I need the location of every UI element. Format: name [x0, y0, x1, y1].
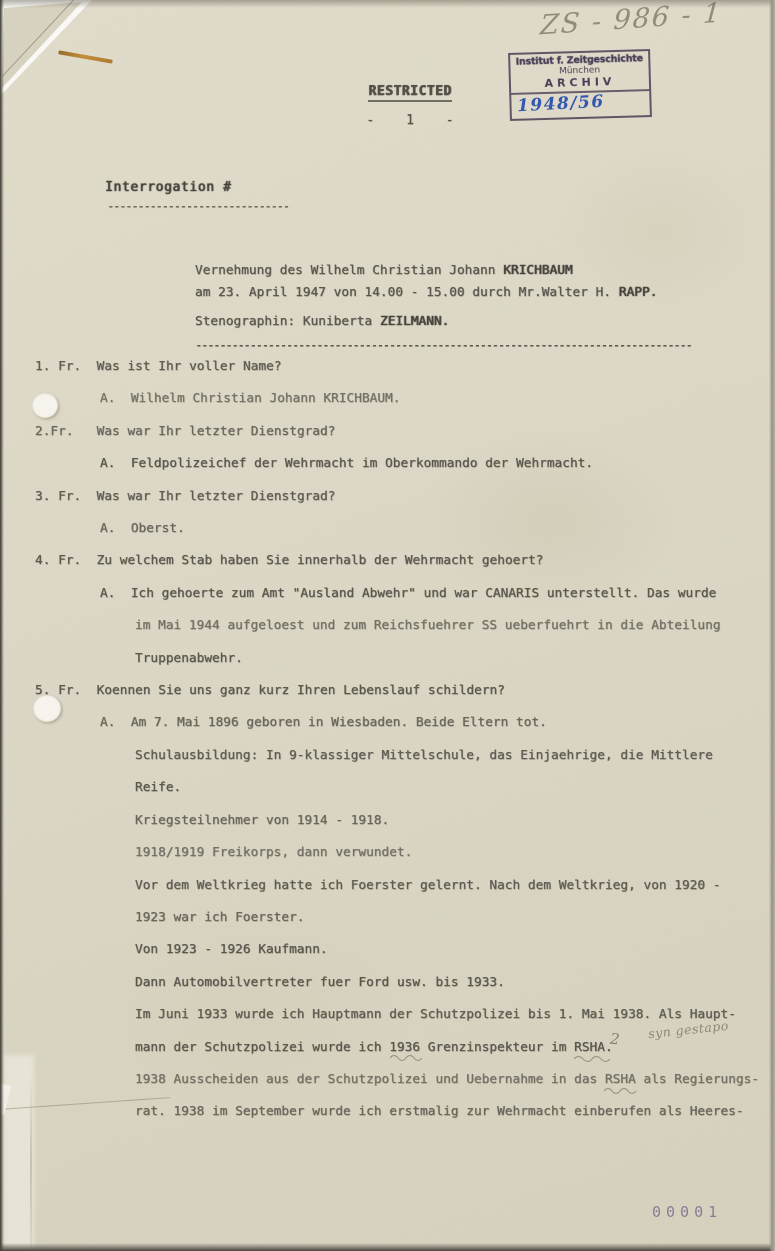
question-line: 3. Fr. Was war Ihr letzter Dienstgrad? [0, 481, 775, 513]
answer-continuation-line: Reife. [0, 772, 775, 804]
answer-continuation-line: Kriegsteilnehmer von 1914 - 1918. [0, 805, 775, 837]
question-line: 2.Fr. Was war Ihr letzter Dienstgrad? [0, 416, 775, 448]
answer-continuation-line: Vor dem Weltkrieg hatte ich Foerster gel… [0, 870, 775, 902]
question-answer-list: 1. Fr. Was ist Ihr voller Name? A. Wilhe… [0, 351, 775, 1129]
pencil-query-mark: 2 [609, 1030, 620, 1049]
answer-continuation-line: Schulausbildung: In 9-klassiger Mittelsc… [0, 740, 775, 772]
question-line: 5. Fr. Koennen Sie uns ganz kurz Ihren L… [0, 675, 775, 707]
classification-marking: RESTRICTED [350, 84, 470, 99]
answer-line: A. Wilhelm Christian Johann KRICHBAUM. [0, 383, 775, 415]
answer-line: A. Am 7. Mai 1896 geboren in Wiesbaden. … [0, 707, 775, 739]
answer-continuation-line: Von 1923 - 1926 Kaufmann. [0, 934, 775, 966]
answer-continuation-line: 1938 Ausscheiden aus der Schutzpolizei u… [0, 1064, 775, 1096]
intro-line-1-text: Vernehmung des Wilhelm Christian Johann [195, 263, 503, 278]
intro-line-1: Vernehmung des Wilhelm Christian Johann … [195, 260, 691, 282]
answer-continuation-line: Truppenabwehr. [0, 643, 775, 675]
document-heading-block: Interrogation # ------------------------… [105, 180, 289, 214]
intro-line-2-text: am 23. April 1947 von 14.00 - 15.00 durc… [195, 285, 619, 300]
intro-line-2: am 23. April 1947 von 14.00 - 15.00 durc… [195, 282, 691, 304]
answer-continuation-line: 1923 war ich Foerster. [0, 902, 775, 934]
answer-line: A. Oberst. [0, 513, 775, 545]
sheet-number-stamp: 00001 [652, 1203, 722, 1221]
interrogator-name: RAPP. [619, 285, 658, 300]
pencil-wavy-underline [603, 1086, 637, 1094]
page-number: - 1 - [350, 113, 470, 128]
subject-name: KRICHBAUM [503, 263, 572, 278]
intro-line-3-text: Stenographin: Kuniberta [195, 314, 380, 329]
typewritten-content: RESTRICTED - 1 - Interrogation # -------… [0, 0, 775, 1251]
document-heading: Interrogation # [105, 180, 289, 195]
answer-continuation-line: Dann Automobilvertreter fuer Ford usw. b… [0, 967, 775, 999]
question-line: 1. Fr. Was ist Ihr voller Name? [0, 351, 775, 383]
question-line: 4. Fr. Zu welchem Stab haben Sie innerha… [0, 545, 775, 577]
pencil-wavy-underline [389, 1053, 423, 1061]
stenographer-name: ZEILMANN. [380, 314, 449, 329]
interrogation-header: Vernehmung des Wilhelm Christian Johann … [195, 260, 691, 357]
answer-continuation-line: rat. 1938 im September wurde ich erstmal… [0, 1096, 775, 1128]
pencil-wavy-underline [573, 1054, 611, 1062]
answer-line: A. Feldpolizeichef der Wehrmacht im Ober… [0, 448, 775, 480]
answer-continuation-line: 1918/1919 Freikorps, dann verwundet. [0, 837, 775, 869]
intro-line-3: Stenographin: Kuniberta ZEILMANN. [195, 311, 691, 333]
heading-underline-rule: ------------------------------ [107, 199, 289, 214]
answer-continuation-line: im Mai 1944 aufgeloest und zum Reichsfue… [0, 610, 775, 642]
answer-line: A. Ich gehoerte zum Amt "Ausland Abwehr"… [0, 578, 775, 610]
classification-text: RESTRICTED [368, 84, 451, 102]
scanned-document-page: ZS - 986 - 1 Institut f. Zeitgeschichte … [0, 0, 775, 1251]
